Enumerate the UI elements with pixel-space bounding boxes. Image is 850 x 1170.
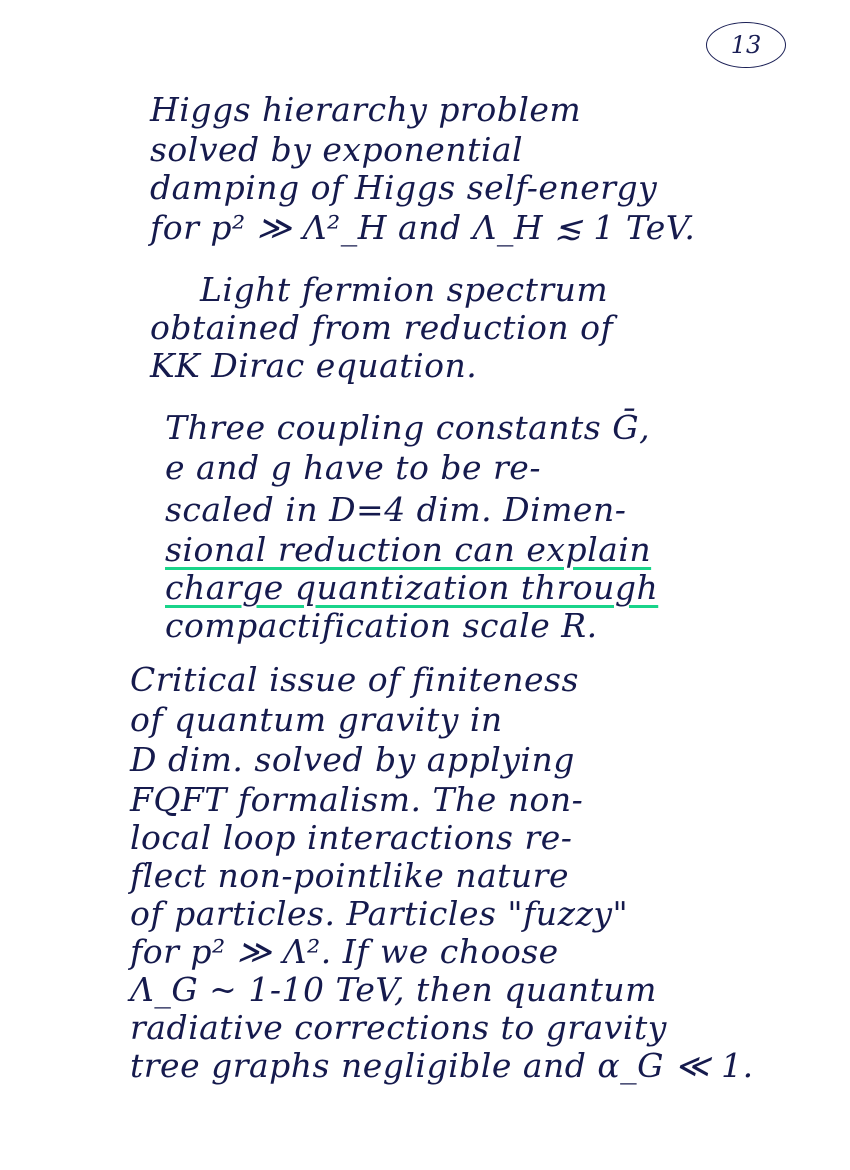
text-line: damping of Higgs self-energy: [150, 168, 657, 207]
text-line: radiative corrections to gravity: [130, 1008, 667, 1047]
text-line: Λ_G ~ 1-10 TeV, then quantum: [130, 970, 657, 1009]
page-number-text: 13: [731, 31, 762, 59]
text-line: local loop interactions re-: [130, 818, 572, 857]
text-line: compactification scale R.: [165, 606, 598, 645]
text-line: of quantum gravity in: [130, 700, 503, 739]
text-line: KK Dirac equation.: [150, 346, 477, 385]
text-line: scaled in D=4 dim. Dimen-: [165, 490, 626, 529]
text-line: tree graphs negligible and α_G ≪ 1.: [130, 1046, 754, 1085]
text-line: solved by exponential: [150, 130, 523, 169]
page-number: 13: [706, 22, 786, 68]
text-line: for p² ≫ Λ². If we choose: [130, 932, 559, 971]
text-line: flect non-pointlike nature: [130, 856, 569, 895]
text-line-highlighted: charge quantization through: [165, 568, 658, 607]
text-line: Three coupling constants Ḡ,: [165, 408, 650, 447]
text-line-highlighted: sional reduction can explain: [165, 530, 651, 569]
text-line: Higgs hierarchy problem: [150, 90, 581, 129]
text-line: obtained from reduction of: [150, 308, 613, 347]
text-line: for p² ≫ Λ²_H and Λ_H ≲ 1 TeV.: [150, 208, 695, 247]
text-line: e and g have to be re-: [165, 448, 541, 487]
text-line: D dim. solved by applying: [130, 740, 575, 779]
text-line: FQFT formalism. The non-: [130, 780, 583, 819]
text-line: Critical issue of finiteness: [130, 660, 579, 699]
text-line: of particles. Particles "fuzzy": [130, 894, 628, 933]
text-line: Light fermion spectrum: [200, 270, 608, 309]
